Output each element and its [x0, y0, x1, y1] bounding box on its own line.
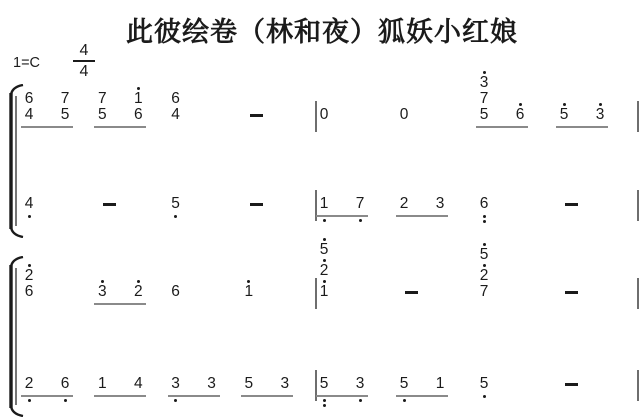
duration-dash: [250, 203, 263, 206]
beamed-note-group: 14: [95, 376, 145, 392]
measure: 00375653: [317, 61, 637, 123]
measure: 263261: [22, 238, 315, 300]
beamed-note-group: 26: [22, 376, 72, 392]
beat: 527: [477, 242, 557, 300]
octave-dots-below: [169, 215, 183, 218]
beat: [557, 383, 637, 392]
beamed-note-group: 33: [169, 376, 219, 392]
beat: [397, 291, 477, 300]
note-column: 6: [477, 196, 491, 212]
beamed-note-group: 53: [557, 102, 607, 123]
beam-underline: [168, 395, 220, 397]
octave-dots-below: [477, 215, 491, 223]
note-column: 527: [477, 242, 491, 300]
duration-dash: [565, 203, 578, 206]
beat: 51: [397, 376, 477, 392]
note-digit: 1: [98, 376, 107, 392]
note-digit: 7: [356, 196, 365, 212]
beat: 14: [95, 376, 168, 392]
note-column: 375: [477, 70, 491, 123]
beamed-note-group: 23: [397, 196, 447, 212]
measure: 6475751664: [22, 61, 315, 123]
beamed-note-group: 53: [317, 376, 367, 392]
note-column: 5: [317, 376, 331, 392]
note-digit: 1: [320, 284, 329, 300]
note-column: 3: [353, 376, 367, 392]
octave-dots-below: [169, 399, 183, 402]
note-column: 3: [169, 376, 183, 392]
note-column: 6: [513, 102, 527, 123]
note-column: 0: [397, 107, 411, 123]
note-column: 75: [58, 91, 72, 123]
beat: 7516: [95, 86, 168, 123]
note-digit: 4: [25, 107, 34, 123]
duration-dash: [405, 291, 418, 294]
note-column: 5: [557, 102, 571, 123]
note-column: 7: [353, 196, 367, 212]
note-digit: 6: [134, 107, 143, 123]
octave-dots-below: [477, 395, 491, 398]
note-digit: 3: [98, 284, 107, 300]
note-digit: 3: [171, 376, 180, 392]
beat: 0: [397, 107, 477, 123]
note-digit: 1: [244, 284, 253, 300]
end-barline: [637, 101, 639, 132]
note-column: 6: [169, 284, 183, 300]
note-digit: 5: [61, 107, 70, 123]
note-digit: 5: [320, 242, 329, 258]
note-digit: 6: [25, 284, 34, 300]
measure: 26143353: [22, 330, 315, 392]
beam-underline: [94, 303, 146, 305]
note-column: 6: [58, 376, 72, 392]
octave-dot: [403, 399, 406, 402]
note-column: 3: [278, 376, 292, 392]
beat: 53: [317, 376, 397, 392]
beat: [242, 114, 315, 123]
note-column: 5: [397, 376, 411, 392]
octave-dot: [359, 399, 362, 402]
beamed-note-group: 6475: [22, 91, 72, 123]
octave-dot: [483, 395, 486, 398]
beat: [557, 291, 637, 300]
note-column: 4: [22, 196, 36, 212]
note-column: 3: [593, 102, 607, 123]
beat: 26: [22, 263, 95, 300]
note-column: 2: [397, 196, 411, 212]
time-signature-numerator: 4: [80, 42, 89, 59]
duration-dash: [250, 114, 263, 117]
note-column: 1: [95, 376, 109, 392]
beat: [557, 203, 637, 212]
note-column: 26: [22, 263, 36, 300]
note-column: 1: [317, 196, 331, 212]
beam-underline: [556, 126, 608, 128]
note-digit: 5: [171, 196, 180, 212]
note-digit: 1: [134, 91, 143, 107]
octave-dots-below: [397, 399, 411, 402]
note-digit: 7: [480, 284, 489, 300]
octave-dots-below: [22, 399, 36, 402]
octave-dot: [323, 219, 326, 222]
note-digit: 3: [280, 376, 289, 392]
note-digit: 5: [480, 376, 489, 392]
beat: 23: [397, 196, 477, 212]
note-column: 2: [131, 279, 145, 300]
beat: 0: [317, 107, 397, 123]
beam-underline: [21, 126, 73, 128]
octave-dots-below: [317, 399, 331, 407]
duration-dash: [103, 203, 116, 206]
note-column: 4: [131, 376, 145, 392]
note-digit: 2: [25, 376, 34, 392]
note-column: 3: [433, 196, 447, 212]
measure: 17236: [317, 150, 637, 212]
note-digit: 6: [480, 196, 489, 212]
note-digit: 5: [98, 107, 107, 123]
note-digit: 7: [98, 91, 107, 107]
octave-dot: [28, 399, 31, 402]
note-column: 3: [95, 279, 109, 300]
beam-underline: [94, 126, 146, 128]
note-digit: 5: [480, 107, 489, 123]
note-digit: 5: [320, 376, 329, 392]
system-2-bass-staff: 2614335353515: [0, 330, 639, 392]
beat: 26: [22, 376, 95, 392]
system-2-treble-staff: 263261521527: [0, 238, 639, 300]
note-digit: 6: [171, 284, 180, 300]
note-digit: 6: [25, 91, 34, 107]
beat: 53: [242, 376, 315, 392]
beat: 6: [169, 284, 242, 300]
note-digit: 4: [134, 376, 143, 392]
note-digit: 1: [320, 196, 329, 212]
note-digit: 2: [480, 268, 489, 284]
system-1-treble-staff: 647575166400375653: [0, 61, 639, 123]
beat: 521: [317, 237, 397, 300]
measure: 53515: [317, 330, 637, 392]
beat: 53: [557, 102, 637, 123]
beat: 6: [477, 196, 557, 212]
beam-underline: [316, 215, 368, 217]
note-digit: 7: [480, 91, 489, 107]
beat: 17: [317, 196, 397, 212]
beamed-note-group: 17: [317, 196, 367, 212]
beam-underline: [241, 395, 293, 397]
note-column: 5: [242, 376, 256, 392]
beamed-note-group: 7516: [95, 86, 145, 123]
octave-dot: [174, 215, 177, 218]
duration-dash: [565, 291, 578, 294]
note-column: 3: [205, 376, 219, 392]
measure: 45: [22, 150, 315, 212]
note-column: 5: [169, 196, 183, 212]
octave-dots-below: [22, 215, 36, 218]
note-digit: 3: [356, 376, 365, 392]
beam-underline: [396, 215, 448, 217]
note-digit: 3: [436, 196, 445, 212]
measure: 521527: [317, 238, 637, 300]
score-title: 此彼绘卷（林和夜）狐妖小红娘: [0, 10, 644, 49]
octave-dot: [483, 220, 486, 223]
note-digit: 4: [25, 196, 34, 212]
note-digit: 2: [134, 284, 143, 300]
note-digit: 2: [400, 196, 409, 212]
beat: 6475: [22, 91, 95, 123]
note-column: 64: [169, 91, 183, 123]
note-column: 521: [317, 237, 331, 300]
rest-note: 0: [320, 107, 329, 123]
note-column: 5: [477, 376, 491, 392]
octave-dot: [323, 399, 326, 402]
octave-dot: [359, 219, 362, 222]
note-digit: 3: [480, 75, 489, 91]
octave-dots-below: [353, 219, 367, 222]
note-digit: 3: [596, 107, 605, 123]
beat: 4: [22, 196, 95, 212]
beamed-note-group: 32: [95, 279, 145, 300]
beat: 5: [169, 196, 242, 212]
note-column: 75: [95, 91, 109, 123]
note-digit: 2: [25, 268, 34, 284]
octave-dot: [323, 404, 326, 407]
beat: 1: [242, 279, 315, 300]
note-digit: 5: [480, 247, 489, 263]
octave-dot: [28, 215, 31, 218]
octave-dot: [64, 399, 67, 402]
note-digit: 1: [436, 376, 445, 392]
beam-underline: [396, 395, 448, 397]
note-digit: 5: [400, 376, 409, 392]
beat: 3756: [477, 70, 557, 123]
beamed-note-group: 51: [397, 376, 447, 392]
beam-underline: [94, 395, 146, 397]
octave-dots-below: [353, 399, 367, 402]
beamed-note-group: 3756: [477, 70, 527, 123]
duration-dash: [565, 383, 578, 386]
note-digit: 5: [244, 376, 253, 392]
beat: 33: [169, 376, 242, 392]
octave-dots-below: [58, 399, 72, 402]
end-barline: [637, 278, 639, 309]
note-digit: 2: [320, 263, 329, 279]
note-column: 0: [317, 107, 331, 123]
note-digit: 6: [516, 107, 525, 123]
note-digit: 7: [61, 91, 70, 107]
end-barline: [637, 370, 639, 401]
beam-underline: [476, 126, 528, 128]
beat: 5: [477, 376, 557, 392]
octave-dot: [174, 399, 177, 402]
beam-underline: [316, 395, 368, 397]
note-column: 1: [242, 279, 256, 300]
end-barline: [637, 190, 639, 221]
note-column: 64: [22, 91, 36, 123]
octave-dot: [483, 215, 486, 218]
beam-underline: [21, 395, 73, 397]
note-column: 16: [131, 86, 145, 123]
system-1-bass-staff: 4517236: [0, 150, 639, 212]
beat: [242, 203, 315, 212]
beat: 32: [95, 279, 168, 300]
note-digit: 6: [61, 376, 70, 392]
note-digit: 3: [207, 376, 216, 392]
note-digit: 6: [171, 91, 180, 107]
beamed-note-group: 53: [242, 376, 292, 392]
note-digit: 5: [560, 107, 569, 123]
rest-note: 0: [400, 107, 409, 123]
note-column: 1: [433, 376, 447, 392]
beat: [95, 203, 168, 212]
note-digit: 4: [171, 107, 180, 123]
beat: 64: [169, 91, 242, 123]
note-column: 2: [22, 376, 36, 392]
octave-dots-below: [317, 219, 331, 222]
